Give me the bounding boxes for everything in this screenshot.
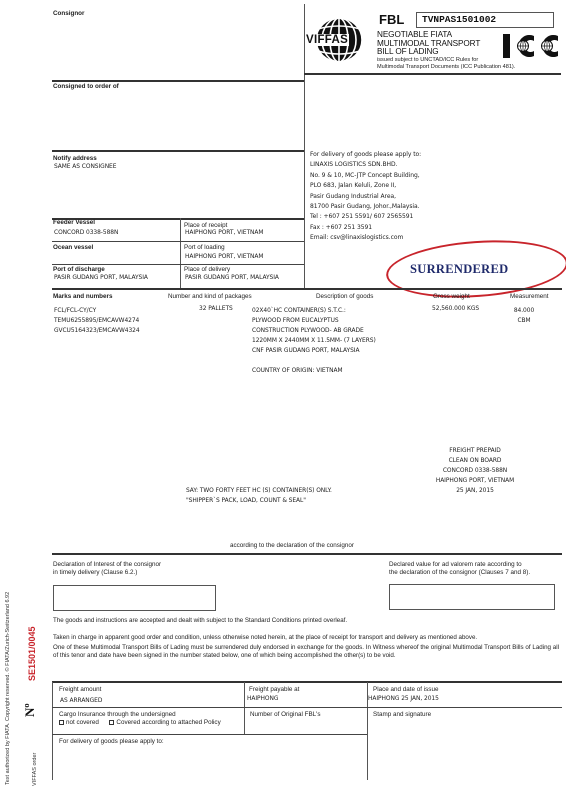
feeder-vessel-label: Feeder Vessel [53,219,95,226]
gross-weight-header: Gross weight [433,293,470,300]
delivery-agent-line: Pasir Gudang Industrial Area, [310,192,421,202]
number-of-originals-label: Number of Original FBL's [250,711,321,718]
fiata-authorization-text: Text authorized by FIATA. Copyright rese… [5,592,11,785]
mark-line: FCL/FCL-CY/CY [54,306,140,316]
divider [52,264,304,265]
label-line: the declaration of the consignor (Clause… [389,569,530,577]
declaration-note: according to the declaration of the cons… [230,542,354,549]
divider [52,681,562,683]
not-covered-label: not covered [66,719,99,726]
say-line: SAY: TWO FORTY FEET HC (S) CONTAINER(S) … [186,486,332,496]
number-label: Nº [22,703,38,717]
port-of-discharge-value: PASIR GUDANG PORT, MALAYSIA [54,275,148,281]
notation-line: 25 JAN, 2015 [420,486,530,496]
subtitle-line: issued subject to UNCTAD/ICC Rules for [377,57,515,64]
cargo-insurance-label: Cargo Insurance through the undersigned [59,711,176,718]
place-of-delivery-value: PASIR GUDANG PORT, MALAYSIA [185,275,279,281]
marks-and-numbers: FCL/FCL-CY/CY TEMU6255895/EMCAVW4274 GVC… [54,306,140,336]
say-clause: SAY: TWO FORTY FEET HC (S) CONTAINER(S) … [186,486,332,506]
covered-label: Covered according to attached Policy [116,719,220,726]
divider [52,241,304,242]
port-of-discharge-label: Port of discharge [53,266,105,273]
description-line: 1220MM X 2440MM X 11.5MM- (7 LAYERS) [252,336,376,346]
place-of-receipt-value: HAIPHONG PORT, VIETNAM [185,230,263,236]
delivery-agent-line: Tel : +607 251 5591/ 607 2565591 [310,212,421,222]
document-subtitle: issued subject to UNCTAD/ICC Rules for M… [377,57,515,71]
icc-globe-icon [503,33,561,59]
viffas-logo: VIFFAS [306,16,372,64]
mark-line: TEMU6255895/EMCAVW4274 [54,316,140,326]
delivery-agent-line: Fax : +607 251 3591 [310,223,421,233]
divider [52,150,304,152]
declared-value-field[interactable] [389,584,555,610]
routing-divider [180,218,181,288]
say-line: "SHIPPER`S PACK, LOAD, COUNT & SEAL" [186,496,332,506]
divider [52,288,562,290]
viffas-order-label: VIFFAS order [32,753,38,786]
taken-in-charge-text: Taken in charge in apparent good order a… [53,634,477,642]
place-date-issue-value: HAIPHONG 25 JAN, 2015 [368,696,439,702]
description-of-goods: 02X40`HC CONTAINER(S) S.T.C.: PLYWOOD FR… [252,306,376,356]
interest-declaration-label: Declaration of Interest of the consignor… [53,561,161,577]
delivery-agent-line: Email: csv@linaxislogistics.com [310,233,421,243]
delivery-agent-line: PLO 683, Jalan Keluli, Zone II, [310,181,421,191]
notation-line: HAIPHONG PORT, VIETNAM [420,476,530,486]
notify-label: Notify address [53,155,97,162]
port-of-loading-value: HAIPHONG PORT, VIETNAM [185,254,263,260]
document-title: NEGOTIABLE FIATA MULTIMODAL TRANSPORT BI… [377,31,480,57]
interest-declaration-field[interactable] [53,585,216,611]
port-of-loading-label: Port of loading [184,244,225,251]
description-line: CONSTRUCTION PLYWOOD- AB GRADE [252,326,376,336]
place-of-receipt-label: Place of receipt [184,222,227,229]
viffas-logo-text: VIFFAS [305,34,349,46]
freight-amount-value: AS ARRANGED [60,698,102,704]
column-divider [304,4,305,288]
measurement-value: 84.000 CBM [513,306,535,326]
label-line: Declaration of Interest of the consignor [53,561,161,569]
gross-weight-value: 52,560.000 KGS [432,306,479,312]
freight-amount-label: Freight amount [59,686,101,693]
notation-line: FREIGHT PREPAID [420,446,530,456]
consigned-to-label: Consigned to order of [53,83,119,90]
not-covered-checkbox[interactable] [59,720,64,725]
freight-payable-value: HAIPHONG [247,696,278,702]
notation-line: CONCORD 0338-588N [420,466,530,476]
measurement-unit: CBM [513,316,535,326]
consignor-label: Consignor [53,10,84,17]
standard-conditions-text: The goods and instructions are accepted … [53,617,347,625]
delivery-agent-line: 81700 Pasir Gudang, Johor.,Malaysia. [310,202,421,212]
icc-logo [503,33,561,59]
marks-header: Marks and numbers [53,293,113,300]
footer-divider [244,682,245,734]
place-of-delivery-label: Place of delivery [184,266,230,273]
label-line: Declared value for ad valorem rate accor… [389,561,530,569]
place-date-issue-label: Place and date of issue [373,686,438,693]
description-line: 02X40`HC CONTAINER(S) S.T.C.: [252,306,376,316]
divider [52,553,562,555]
stamp-signature-label: Stamp and signature [373,711,431,718]
surrendered-stamp-text: SURRENDERED [410,262,508,277]
form-code: FBL [379,12,404,27]
footer-border-left [52,682,53,780]
divider [52,707,562,708]
divider [52,734,367,735]
description-header: Description of goods [316,293,373,300]
country-of-origin: COUNTRY OF ORIGIN: VIETNAM [252,368,343,374]
mark-line: GVCU5164323/EMCAVW4324 [54,326,140,336]
divider [52,80,304,82]
description-line: CNF PASIR GUDANG PORT, MALAYSIA [252,346,376,356]
label-line: in timely delivery (Clause 6.2.) [53,569,161,577]
cargo-insurance-options: not covered Covered according to attache… [59,719,221,726]
freight-payable-label: Freight payable at [249,686,299,693]
notation-line: CLEAN ON BOARD [420,456,530,466]
packages-value: 32 PALLETS [199,306,233,312]
notify-value: SAME AS CONSIGNEE [54,164,116,170]
description-line: PLYWOOD FROM EUCALYPTUS [252,316,376,326]
bl-reference-number: TVNPAS1501002 [416,12,554,28]
covered-checkbox[interactable] [109,720,114,725]
declared-value-label: Declared value for ad valorem rate accor… [389,561,530,577]
delivery-agent-line: For delivery of goods please apply to: [310,150,421,160]
onboard-notation: FREIGHT PREPAID CLEAN ON BOARD CONCORD 0… [420,446,530,496]
witness-clause-text: One of these Multimodal Transport Bills … [53,644,559,660]
delivery-agent-block: For delivery of goods please apply to: L… [310,150,421,244]
feeder-vessel-value: CONCORD 0338-588N [54,230,118,236]
delivery-agent-line: LINAXIS LOGISTICS SDN.BHD. [310,160,421,170]
measurement-number: 84.000 [513,306,535,316]
title-line: BILL OF LADING [377,48,480,57]
delivery-agent-line: No. 9 & 10, MC-JTP Concept Building, [310,171,421,181]
serial-number: SE1501/0045 [27,626,37,681]
divider [304,73,561,75]
subtitle-line: Multimodal Transport Documents (ICC Publ… [377,64,515,71]
packages-header: Number and kind of packages [168,293,252,300]
delivery-apply-label: For delivery of goods please apply to: [59,738,164,745]
ocean-vessel-label: Ocean vessel [53,244,93,251]
measurement-header: Measurement [510,293,549,300]
